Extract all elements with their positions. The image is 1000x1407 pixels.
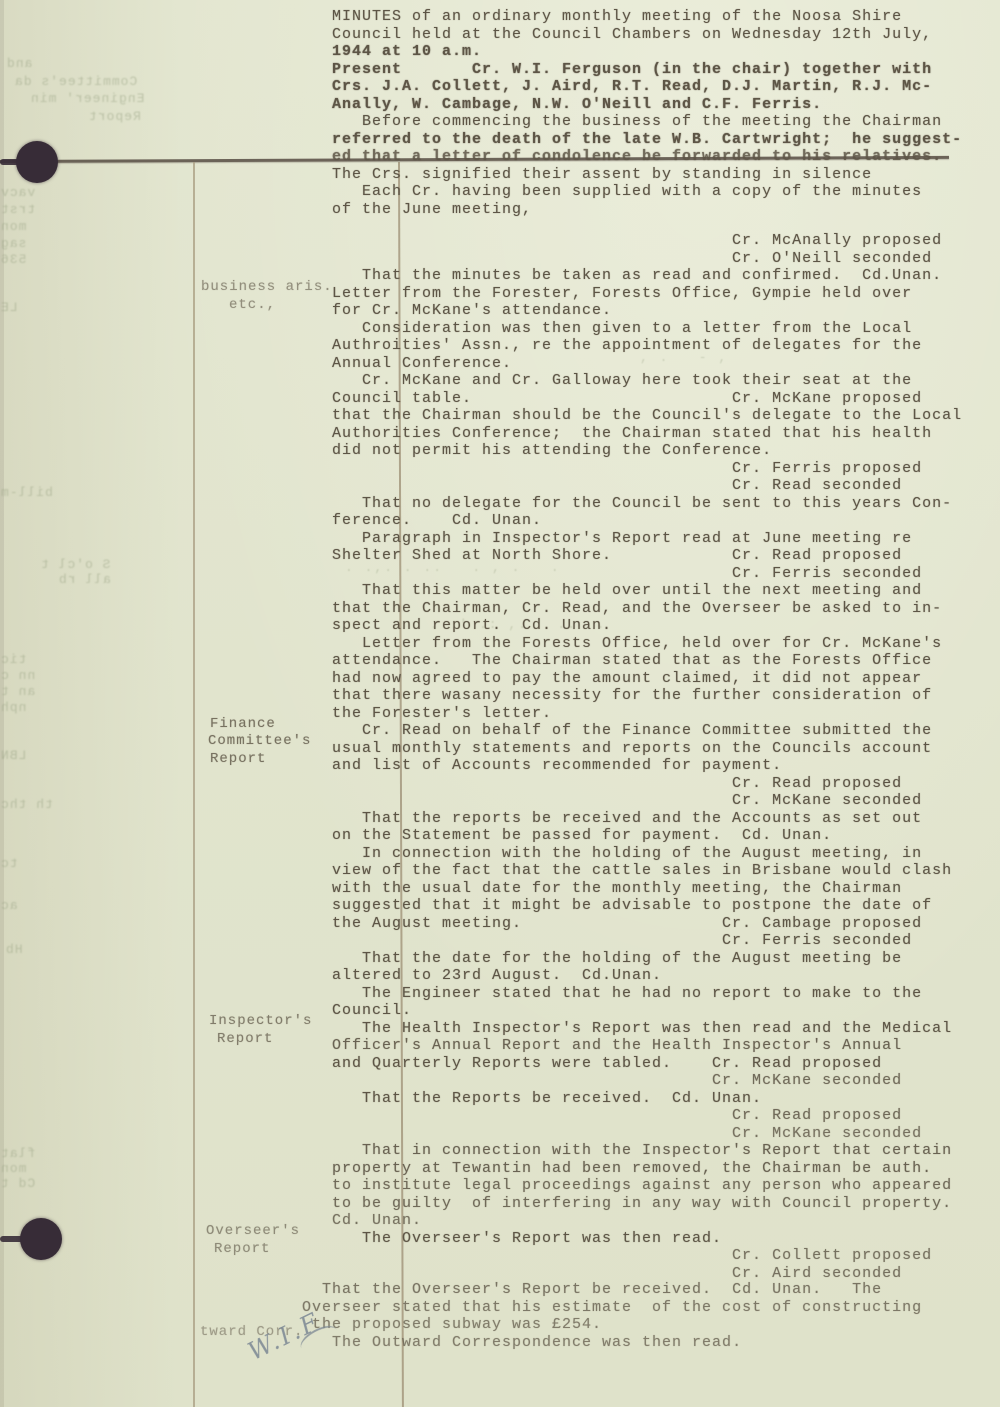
typed-line: ference. Cd. Unan. (332, 512, 962, 530)
ghost-text-fragment: tic (0, 652, 26, 667)
typed-line: Cr. McKane seconded (332, 1125, 962, 1143)
scanned-minutes-page: andCommittee's daEngineer' minReportvacv… (0, 0, 1000, 1407)
ghost-text-fragment: all rb (58, 572, 111, 587)
body-text-tail: That the Overseer's Report be received. … (302, 1281, 922, 1351)
margin-note: Report (217, 1031, 273, 1047)
typed-line: That no delegate for the Council be sent… (332, 495, 962, 513)
typed-line: Cr. O'Neill seconded (332, 250, 962, 268)
ghost-text-fragment: bill-m (0, 485, 53, 500)
ghost-text-fragment: S o'cl t (40, 557, 110, 572)
ghost-text-fragment: trst (0, 202, 35, 217)
ghost-text-fragment: nn c (0, 668, 35, 683)
typed-line: Council table. Cr. McKane proposed (332, 390, 962, 408)
typed-line: Before commencing the business of the me… (332, 113, 962, 131)
ghost-text-fragment: th thc (0, 797, 53, 812)
typed-line: Officer's Annual Report and the Health I… (332, 1037, 962, 1055)
ghost-text-fragment: sag (0, 236, 26, 251)
typed-line: to be guilty of interfering in any way w… (332, 1195, 962, 1213)
typed-line: Letter from the Forester, Forests Office… (332, 285, 962, 303)
ghost-text-fragment: Cd t (0, 1176, 35, 1191)
body-text-main: Cr. McAnally proposed Cr. O'Neill second… (332, 232, 962, 1282)
margin-note: business aris. (201, 279, 333, 295)
ghost-text-fragment: Engineer' min (30, 91, 144, 106)
typed-line: Present Cr. W.I. Ferguson (in the chair)… (332, 61, 962, 79)
typed-line: property at Tewantin had been removed, t… (332, 1160, 962, 1178)
typed-line: to institute legal proceedings against a… (332, 1177, 962, 1195)
margin-note: Finance (210, 716, 276, 732)
typed-line: Consideration was then given to a letter… (332, 320, 962, 338)
typed-line: Cr. McKane and Cr. Galloway here took th… (332, 372, 962, 390)
typed-line: Anally, W. Cambage, N.W. O'Neill and C.F… (332, 96, 962, 114)
typed-line: That the Reports be received. Cd. Unan. (332, 1090, 962, 1108)
ghost-text-fragment: LE (0, 300, 18, 315)
ghost-text-fragment: ac (0, 898, 18, 913)
typed-line: did not permit his attending the Confere… (332, 442, 962, 460)
typed-line: That the reports be received and the Acc… (332, 810, 962, 828)
typed-line: MINUTES of an ordinary monthly meeting o… (332, 8, 962, 26)
typed-line: Cr. McKane seconded (332, 792, 962, 810)
typed-line: Overseer stated that his estimate of the… (302, 1299, 922, 1317)
left-margin-rule (193, 162, 195, 1407)
typed-line: for Cr. McKane's attendance. (332, 302, 962, 320)
ghost-text-fragment: and (6, 56, 32, 71)
typed-line: the Forester's letter. (332, 705, 962, 723)
typed-line: The Outward Correspondence was then read… (302, 1334, 922, 1352)
ghost-text-fragment: Committee's da (14, 74, 137, 89)
margin-note: Report (214, 1241, 270, 1257)
margin-note: Overseer's (206, 1223, 300, 1239)
typed-line: and list of Accounts recommended for pay… (332, 757, 962, 775)
ghost-text-fragment: tc (0, 856, 18, 871)
typed-line: Cr. Ferris seconded (332, 932, 962, 950)
typed-line: The Crs. signified their assent by stand… (332, 166, 962, 184)
typed-line: view of the fact that the cattle sales i… (332, 862, 962, 880)
typed-line: Authroities' Assn., re the appointment o… (332, 337, 962, 355)
typed-line: 1944 at 10 a.m. (332, 43, 962, 61)
ghost-text-fragment: mon (0, 1161, 26, 1176)
typed-line: referred to the death of the late W.B. C… (332, 131, 962, 149)
typed-line: The Health Inspector's Report was then r… (332, 1020, 962, 1038)
typed-line: of the June meeting, (332, 201, 962, 219)
typed-line: spect and report. Cd. Unan. (332, 617, 962, 635)
margin-note: Committee's (208, 733, 311, 749)
typed-line: the August meeting. Cr. Cambage proposed (332, 915, 962, 933)
typed-line: ed that a letter of condolence be forwar… (332, 148, 962, 166)
typed-line: usual monthly statements and reports on … (332, 740, 962, 758)
typed-line: Annual Conference. (332, 355, 962, 373)
body-text-top: MINUTES of an ordinary monthly meeting o… (332, 8, 962, 218)
typed-line: that there wasany necessity for the furt… (332, 687, 962, 705)
typed-line: attendance. The Chairman stated that as … (332, 652, 962, 670)
typed-line: the proposed subway was £254. (302, 1316, 922, 1334)
typed-line: with the usual date for the monthly meet… (332, 880, 962, 898)
typed-line: Cr. McAnally proposed (332, 232, 962, 250)
typed-line: Council held at the Council Chambers on … (332, 26, 962, 44)
typed-line: The Engineer stated that he had no repor… (332, 985, 962, 1003)
typed-line: Paragraph in Inspector's Report read at … (332, 530, 962, 548)
typed-line: suggested that it might be advisable to … (332, 897, 962, 915)
ghost-text-fragment: LBN (0, 748, 26, 763)
typed-line: Cd. Unan. (332, 1212, 962, 1230)
typed-line: Cr. Read proposed (332, 1107, 962, 1125)
typed-line: That in connection with the Inspector's … (332, 1142, 962, 1160)
typed-line: Cr. Aird seconded (332, 1265, 962, 1283)
typed-line: and Quarterly Reports were tabled. Cr. R… (332, 1055, 962, 1073)
ghost-text-fragment: flat (0, 1146, 35, 1161)
ghost-text-fragment: Hb (5, 942, 23, 957)
ghost-text-fragment: an t (0, 684, 35, 699)
typed-line: Council. (332, 1002, 962, 1020)
typed-line: on the Statement be passed for payment. … (332, 827, 962, 845)
margin-note: Inspector's (209, 1013, 312, 1029)
margin-note: etc., (229, 297, 276, 313)
ghost-text-fragment: vacv (0, 185, 35, 200)
typed-line: Cr. Read seconded (332, 477, 962, 495)
typed-line: Each Cr. having been supplied with a cop… (332, 183, 962, 201)
punch-hole-top (16, 141, 58, 183)
typed-line: Authorities Conference; the Chairman sta… (332, 425, 962, 443)
typed-line: In connection with the holding of the Au… (332, 845, 962, 863)
typed-line: Shelter Shed at North Shore. Cr. Read pr… (332, 547, 962, 565)
typed-line: altered to 23rd August. Cd.Unan. (332, 967, 962, 985)
typed-line: Cr. Ferris seconded (332, 565, 962, 583)
ghost-text-fragment: nph (0, 700, 26, 715)
typed-line: That the Overseer's Report be received. … (302, 1281, 922, 1299)
typed-line: that the Chairman, Cr. Read, and the Ove… (332, 600, 962, 618)
typed-line: Cr. McKane seconded (332, 1072, 962, 1090)
ghost-text-fragment: 536 (0, 252, 26, 267)
typed-line: had now agreed to pay the amount claimed… (332, 670, 962, 688)
typed-line: That this matter be held over until the … (332, 582, 962, 600)
ghost-text-fragment: Report (88, 109, 141, 124)
typed-line: That the date for the holding of the Aug… (332, 950, 962, 968)
margin-note: Report (210, 751, 266, 767)
typed-line: Letter from the Forests Office, held ove… (332, 635, 962, 653)
ghost-text-fragment: mon (0, 219, 26, 234)
typed-line: that the Chairman should be the Council'… (332, 407, 962, 425)
typed-line: The Overseer's Report was then read. (332, 1230, 962, 1248)
typed-line: Cr. Collett proposed (332, 1247, 962, 1265)
typed-line: Crs. J.A. Collett, J. Aird, R.T. Read, D… (332, 78, 962, 96)
typed-line: Cr. Ferris proposed (332, 460, 962, 478)
typed-line: That the minutes be taken as read and co… (332, 267, 962, 285)
typed-line: Cr. Read on behalf of the Finance Commit… (332, 722, 962, 740)
typed-line: Cr. Read proposed (332, 775, 962, 793)
punch-hole-bottom (20, 1218, 62, 1260)
